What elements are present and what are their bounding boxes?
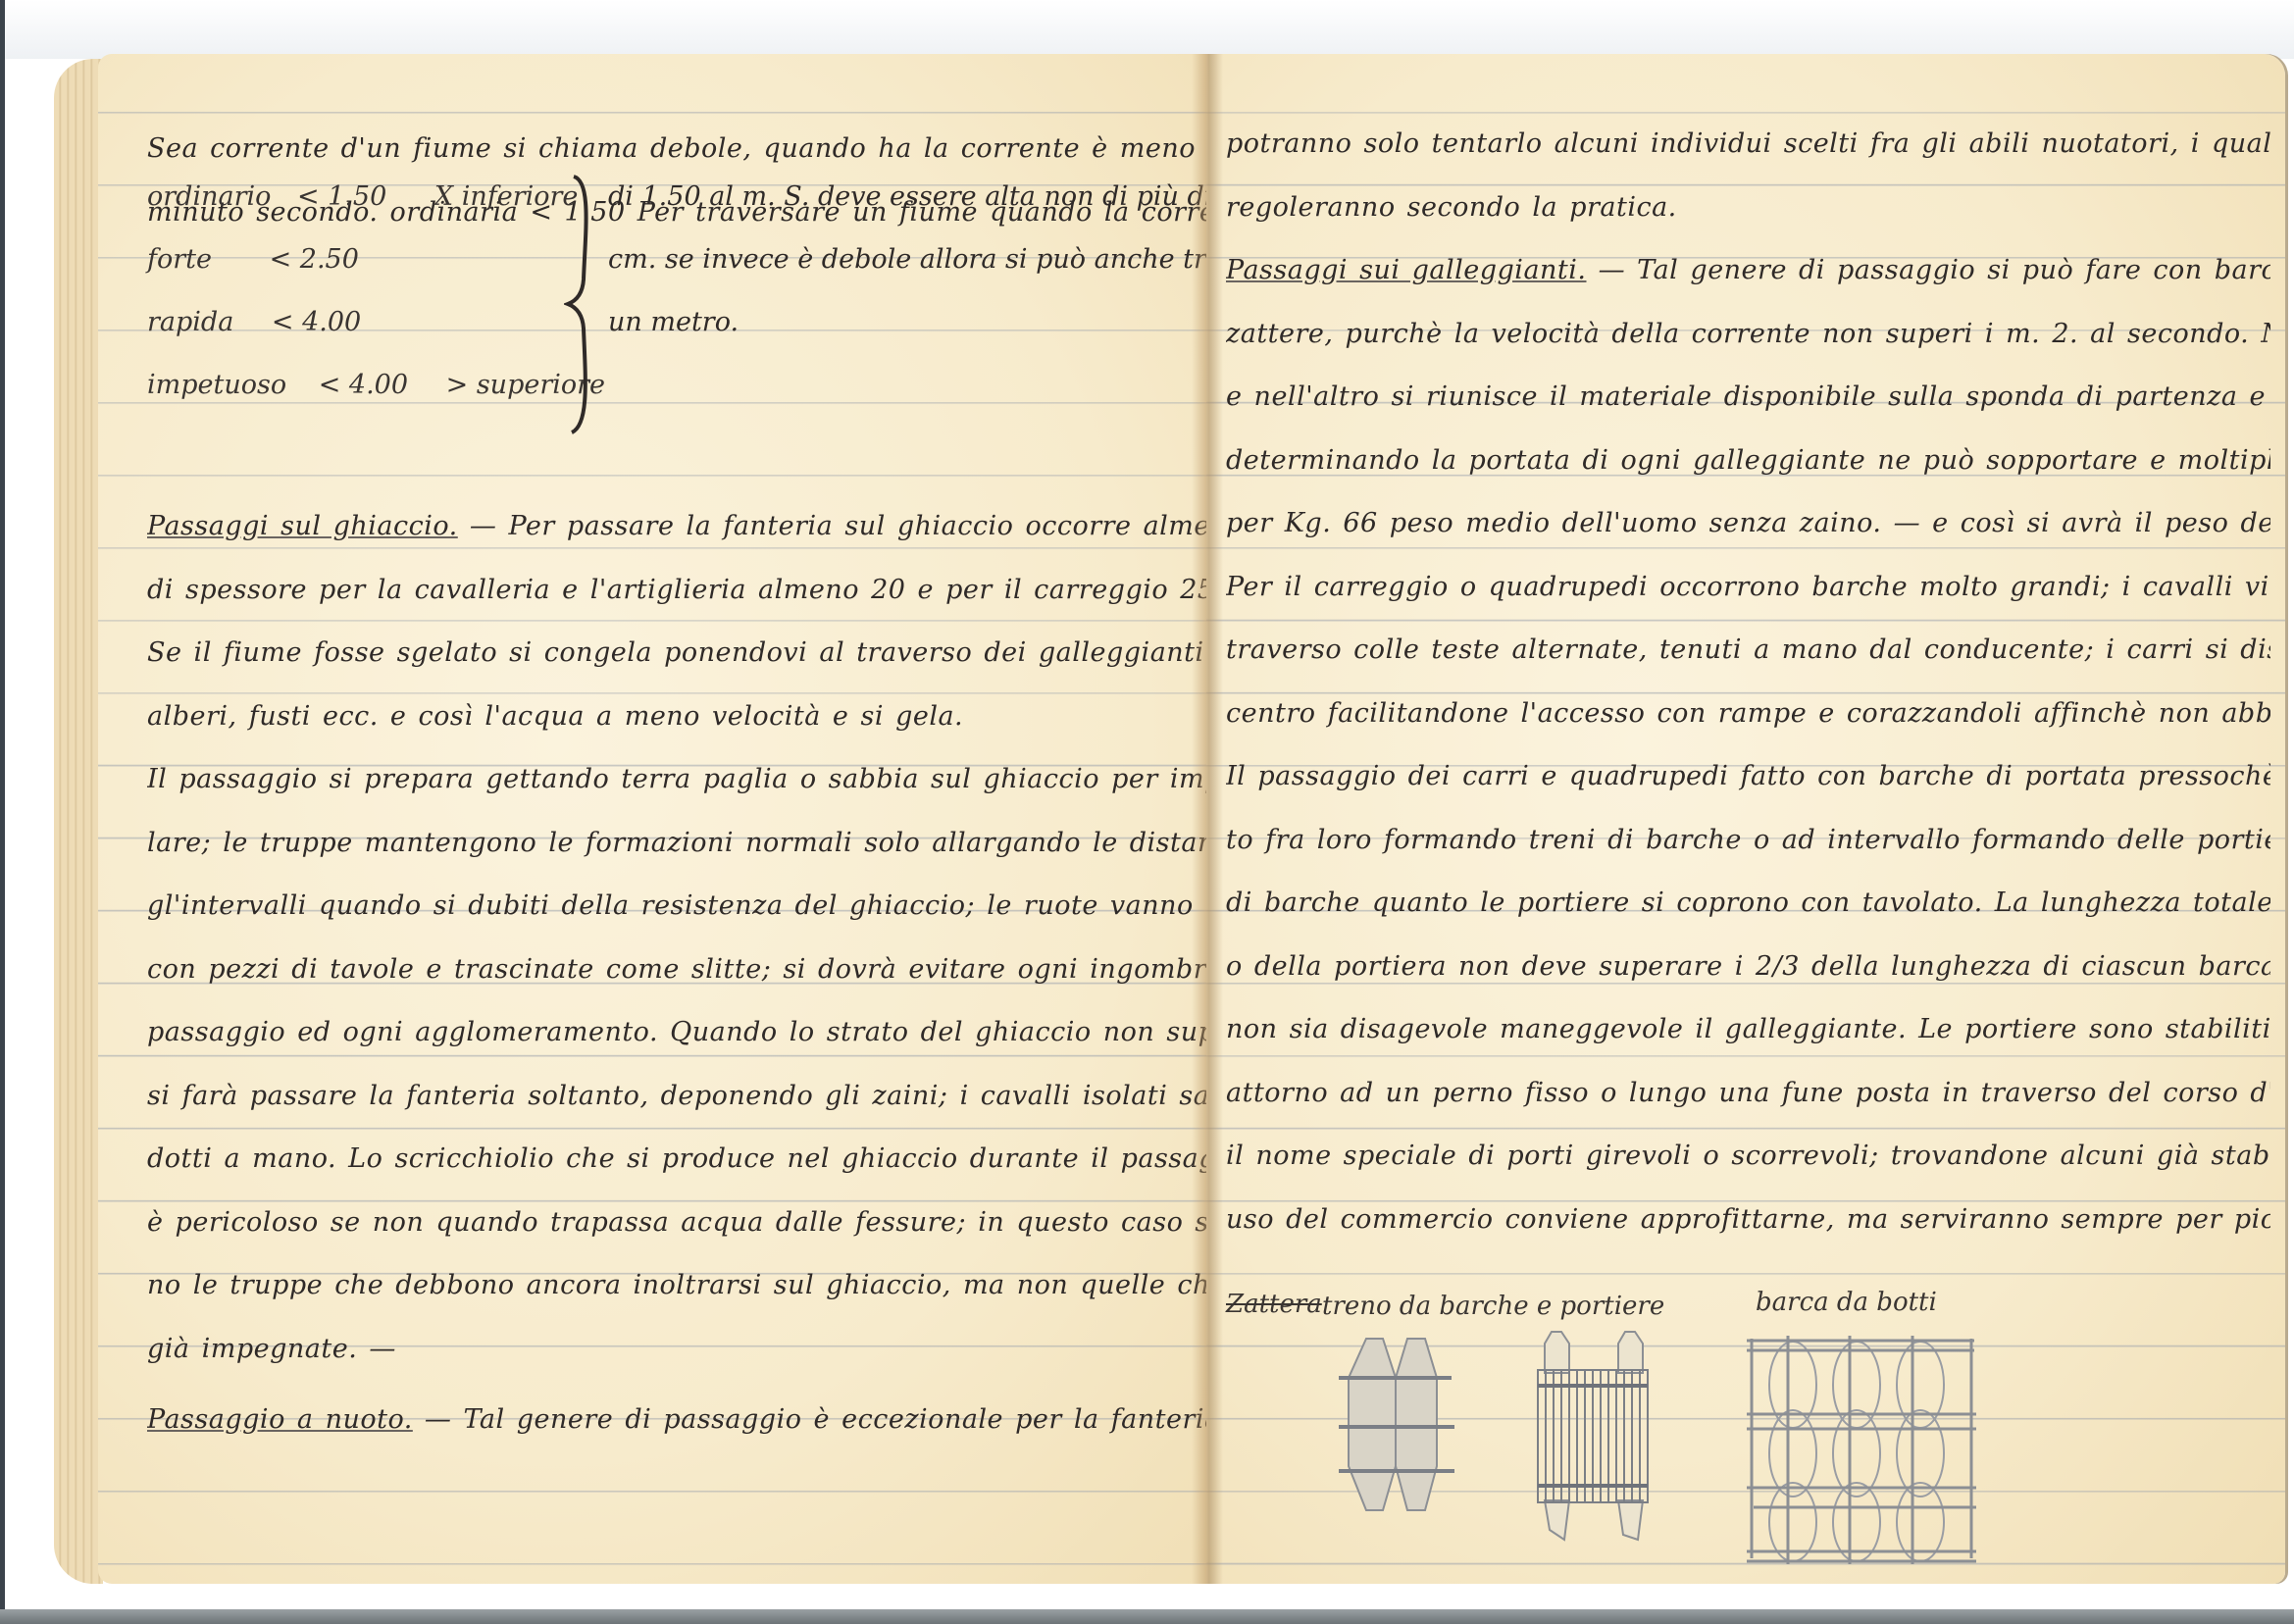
text-run: — Per passare la fanteria sul ghiaccio o… bbox=[470, 511, 1236, 541]
text-run: — Tal genere di passaggio è eccezionale … bbox=[425, 1404, 1221, 1435]
speed-label: rapida bbox=[147, 307, 233, 337]
text-line: regoleranno secondo la pratica. bbox=[1226, 177, 2270, 240]
brace-text-line: cm. se invece è debole allora si può anc… bbox=[608, 244, 1250, 275]
text-line: per Kg. 66 peso medio dell'uomo senza za… bbox=[1226, 492, 2270, 556]
sketch-caption-barca-botti: barca da botti bbox=[1756, 1288, 1937, 1317]
scanner-edge-bottom bbox=[0, 1609, 2294, 1624]
text-line: Passaggio a nuoto. — Tal genere di passa… bbox=[147, 1389, 1236, 1452]
text-line: determinando la portata di ogni galleggi… bbox=[1226, 430, 2270, 493]
text-line: è pericoloso se non quando trapassa acqu… bbox=[147, 1192, 1236, 1255]
section-heading: Passaggi sui galleggianti. bbox=[1226, 255, 1587, 285]
speed-value: < 1.50 bbox=[297, 181, 386, 212]
text-line: attorno ad un perno fisso o lungo una fu… bbox=[1226, 1062, 2270, 1126]
notebook-spread: Sea corrente d'un fiume si chiama debole… bbox=[54, 54, 2294, 1589]
text-line: traverso colle teste alternate, tenuti a… bbox=[1226, 619, 2270, 683]
section-heading: Passaggi sul ghiaccio. bbox=[147, 511, 458, 541]
text-line: di barche quanto le portiere si coprono … bbox=[1226, 872, 2270, 936]
text-line: Il passaggio si prepara gettando terra p… bbox=[147, 748, 1236, 812]
text-line: alberi, fusti ecc. e così l'acqua a meno… bbox=[147, 685, 1236, 749]
scan-background bbox=[0, 0, 2294, 59]
sketch-caption-treno: treno da barche e portiere bbox=[1322, 1292, 1664, 1321]
speed-label: ordinario bbox=[147, 181, 271, 212]
speed-note: X inferiore bbox=[434, 181, 578, 212]
text-line: si farà passare la fanteria soltanto, de… bbox=[147, 1065, 1236, 1129]
text-line: già impegnate. — bbox=[147, 1318, 1236, 1382]
book-gutter bbox=[1192, 54, 1223, 1584]
right-page-text: potranno solo tentarlo alcuni individui … bbox=[1226, 113, 2270, 1251]
text-line: to fra loro formando treni di barche o a… bbox=[1226, 809, 2270, 873]
text-line: gl'intervalli quando si dubiti della res… bbox=[147, 875, 1236, 939]
text-line: di spessore per la cavalleria e l'artigl… bbox=[147, 559, 1236, 623]
speed-row-ordinario: ordinario < 1.50 X inferiore bbox=[147, 181, 578, 244]
speed-value: < 4.00 bbox=[319, 370, 408, 400]
text-line: centro facilitandone l'accesso con rampe… bbox=[1226, 683, 2270, 746]
boat-train-sketch-icon bbox=[1530, 1329, 1657, 1545]
text-run: — Tal genere di passaggio si può fare co… bbox=[1599, 255, 2270, 285]
speed-row-rapida: rapida < 4.00 bbox=[147, 307, 361, 370]
text-line: il nome speciale di porti girevoli o sco… bbox=[1226, 1125, 2270, 1189]
text-line: e nell'altro si riunisce il materiale di… bbox=[1226, 366, 2270, 430]
text-line: potranno solo tentarlo alcuni individui … bbox=[1226, 113, 2270, 177]
page-stack-edge bbox=[54, 59, 103, 1584]
text-line: passaggio ed ogni agglomeramento. Quando… bbox=[147, 1001, 1236, 1065]
speed-label: impetuoso bbox=[147, 370, 286, 400]
text-line: Sea corrente d'un fiume si chiama debole… bbox=[147, 118, 1236, 181]
section-heading: Passaggio a nuoto. bbox=[147, 1404, 413, 1435]
brace-text-line: di 1.50 al m. S. deve essere alta non di… bbox=[608, 181, 1250, 212]
section-ice: Passaggi sul ghiaccio. — Per passare la … bbox=[147, 495, 1236, 1452]
text-line: dotti a mano. Lo scricchiolio che si pro… bbox=[147, 1128, 1236, 1192]
text-line: uso del commercio conviene approfittarne… bbox=[1226, 1189, 2270, 1252]
speed-label: forte bbox=[147, 244, 212, 275]
text-line: Passaggi sul ghiaccio. — Per passare la … bbox=[147, 495, 1236, 559]
speed-value: < 4.00 bbox=[272, 307, 361, 337]
speed-row-forte: forte < 2.50 bbox=[147, 244, 359, 307]
barrel-boat-sketch-icon bbox=[1744, 1331, 1979, 1566]
right-page: potranno solo tentarlo alcuni individui … bbox=[1206, 54, 2285, 1584]
text-line: Se il fiume fosse sgelato si congela pon… bbox=[147, 622, 1236, 685]
text-line: zattere, purchè la velocità della corren… bbox=[1226, 303, 2270, 367]
speed-value: < 2.50 bbox=[270, 244, 359, 275]
text-line: no le truppe che debbono ancora inoltrar… bbox=[147, 1254, 1236, 1318]
text-line: lare; le truppe mantengono le formazioni… bbox=[147, 812, 1236, 876]
raft-sketch-icon bbox=[1339, 1334, 1461, 1515]
text-line: o della portiera non deve superare i 2/3… bbox=[1226, 936, 2270, 999]
text-line: Il passaggio dei carri e quadrupedi fatt… bbox=[1226, 745, 2270, 809]
left-page: Sea corrente d'un fiume si chiama debole… bbox=[98, 54, 1250, 1584]
brace-text-line: un metro. bbox=[608, 307, 739, 337]
text-line: Passaggi sui galleggianti. — Tal genere … bbox=[1226, 239, 2270, 303]
scanner-edge-left bbox=[0, 0, 5, 1624]
text-line: non sia disagevole maneggevole il galleg… bbox=[1226, 998, 2270, 1062]
text-line: con pezzi di tavole e trascinate come sl… bbox=[147, 939, 1236, 1002]
curly-brace-icon bbox=[564, 172, 603, 436]
text-line: Per il carreggio o quadrupedi occorrono … bbox=[1226, 556, 2270, 620]
sketch-caption-zattera: Zattera bbox=[1226, 1290, 1322, 1319]
speed-row-impetuoso: impetuoso < 4.00 > superiore bbox=[147, 370, 605, 432]
